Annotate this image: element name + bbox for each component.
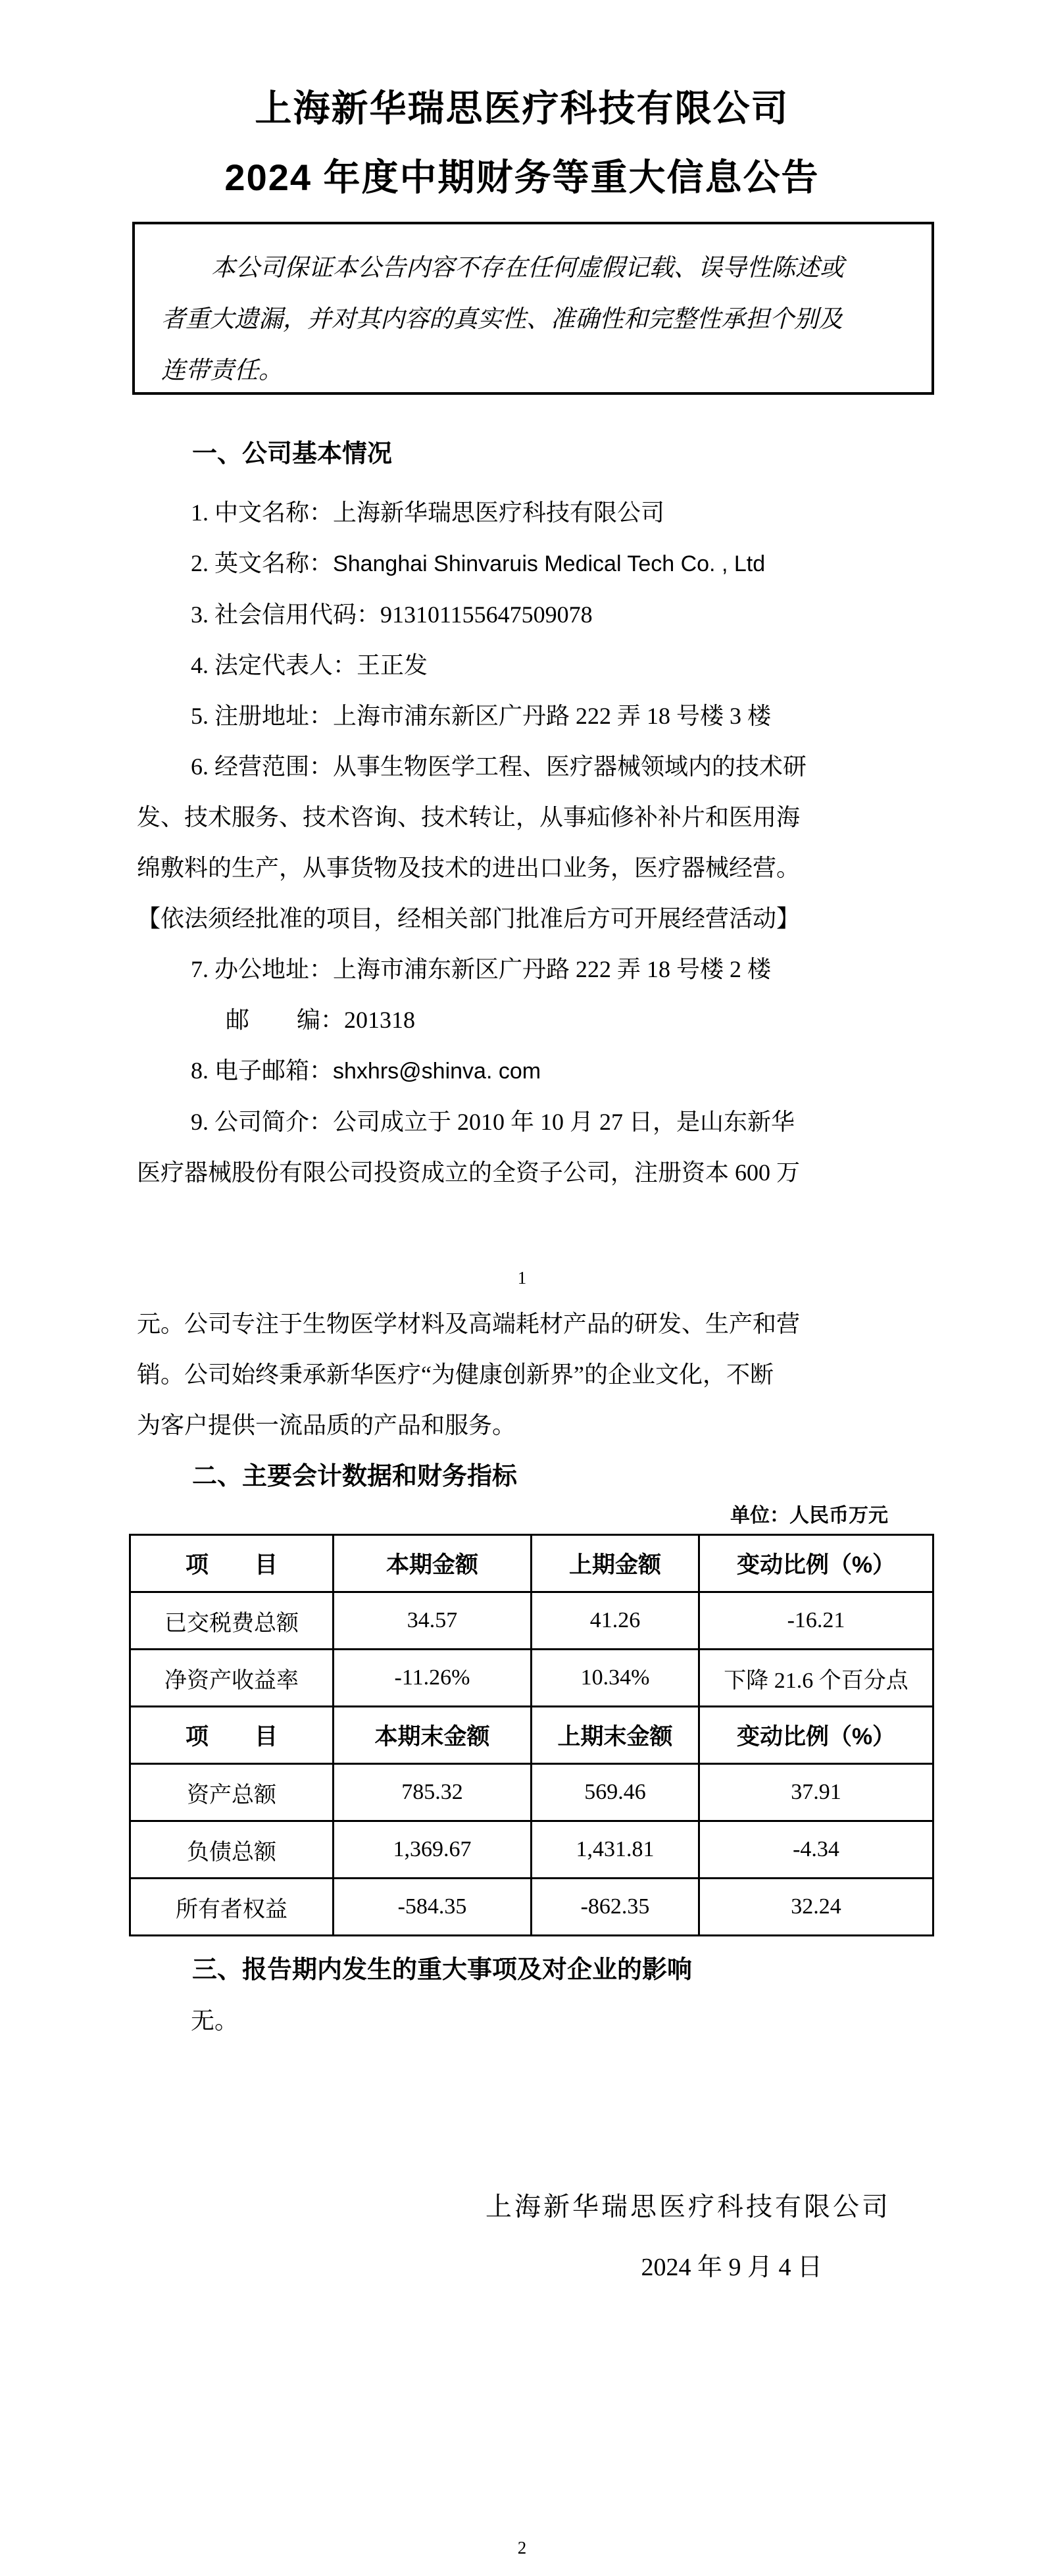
item-credit-code: 3. 社会信用代码：913101155647509078	[137, 590, 993, 640]
item-english-name: 2. 英文名称：Shanghai Shinvaruis Medical Tech…	[137, 538, 993, 590]
table-row: 所有者权益 -584.35 -862.35 32.24	[130, 1879, 933, 1936]
cell-value: -584.35	[334, 1879, 532, 1936]
col-header-item: 项 目	[130, 1707, 334, 1764]
item-company-profile-line: 元。公司专注于生物医学材料及高端耗材产品的研发、生产和营	[137, 1299, 939, 1350]
cell-value: -862.35	[532, 1879, 699, 1936]
doc-title-line-1: 上海新华瑞思医疗科技有限公司	[0, 79, 1044, 138]
item-email: 8. 电子邮箱：shxhrs@shinva. com	[137, 1046, 993, 1097]
disclaimer-line: 连带责任。	[161, 345, 905, 397]
item-business-scope-line: 发、技术服务、技术咨询、技术转让，从事疝修补补片和医用海	[137, 792, 939, 843]
page-number-2: 2	[0, 2535, 1044, 2561]
item-company-profile-line: 9. 公司简介：公司成立于 2010 年 10 月 27 日，是山东新华	[137, 1097, 993, 1148]
announcement-document: 上海新华瑞思医疗科技有限公司 2024 年度中期财务等重大信息公告 本公司保证本…	[0, 0, 1044, 2576]
item-business-scope-line: 绵敷料的生产，从事货物及技术的进出口业务，医疗器械经营。	[137, 843, 939, 894]
table-row: 净资产收益率 -11.26% 10.34% 下降 21.6 个百分点	[130, 1650, 933, 1707]
cell-value: 下降 21.6 个百分点	[699, 1650, 933, 1707]
col-header-period-end-amount: 本期末金额	[334, 1707, 532, 1764]
item-business-scope-line: 【依法须经批准的项目，经相关部门批准后方可开展经营活动】	[137, 894, 939, 944]
disclaimer-line: 者重大遗漏，并对其内容的真实性、准确性和完整性承担个别及	[161, 294, 905, 345]
table-row: 负债总额 1,369.67 1,431.81 -4.34	[130, 1821, 933, 1879]
page-number-1: 1	[0, 1265, 1044, 1291]
item-chinese-name: 1. 中文名称：上海新华瑞思医疗科技有限公司	[137, 488, 993, 538]
item-office-address: 7. 办公地址：上海市浦东新区广丹路 222 弄 18 号楼 2 楼	[137, 944, 993, 995]
cell-value: 569.46	[532, 1764, 699, 1821]
table-header-row: 项 目 本期金额 上期金额 变动比例（%）	[130, 1535, 933, 1592]
col-header-current-amount: 本期金额	[334, 1535, 532, 1592]
item-legal-representative: 4. 法定代表人：王正发	[137, 640, 993, 691]
col-header-change-ratio: 变动比例（%）	[699, 1707, 933, 1764]
section2-heading: 二、主要会计数据和财务指标	[192, 1451, 1044, 1502]
item-email-value: shxhrs@shinva. com	[333, 1059, 541, 1084]
row-label: 负债总额	[130, 1821, 334, 1879]
disclaimer-box: 本公司保证本公告内容不存在任何虚假记载、误导性陈述或 者重大遗漏，并对其内容的真…	[132, 222, 934, 395]
row-label: 已交税费总额	[130, 1592, 334, 1650]
section1-heading: 一、公司基本情况	[192, 428, 1044, 480]
row-label: 净资产收益率	[130, 1650, 334, 1707]
section3-body: 无。	[137, 1996, 993, 2046]
cell-value: 34.57	[334, 1592, 532, 1650]
table-row: 资产总额 785.32 569.46 37.91	[130, 1764, 933, 1821]
table-row: 已交税费总额 34.57 41.26 -16.21	[130, 1592, 933, 1650]
item-company-profile-line: 为客户提供一流品质的产品和服务。	[137, 1400, 939, 1451]
row-label: 所有者权益	[130, 1879, 334, 1936]
col-header-prior-end-amount: 上期末金额	[532, 1707, 699, 1764]
item-company-profile-line: 医疗器械股份有限公司投资成立的全资子公司，注册资本 600 万	[137, 1148, 939, 1198]
cell-value: 785.32	[334, 1764, 532, 1821]
col-header-change-ratio: 变动比例（%）	[699, 1535, 933, 1592]
table-header-row: 项 目 本期末金额 上期末金额 变动比例（%）	[130, 1707, 933, 1764]
cell-value: -16.21	[699, 1592, 933, 1650]
row-label: 资产总额	[130, 1764, 334, 1821]
signature-company-name: 上海新华瑞思医疗科技有限公司	[0, 2181, 1044, 2233]
item-english-name-label: 2. 英文名称：	[191, 550, 333, 576]
item-english-name-value: Shanghai Shinvaruis Medical Tech Co. , L…	[333, 551, 765, 576]
cell-value: 32.24	[699, 1879, 933, 1936]
col-header-item: 项 目	[130, 1535, 334, 1592]
cell-value: 1,431.81	[532, 1821, 699, 1879]
doc-title-line-2: 2024 年度中期财务等重大信息公告	[0, 148, 1044, 207]
item-registered-address: 5. 注册地址：上海市浦东新区广丹路 222 弄 18 号楼 3 楼	[137, 691, 993, 742]
item-business-scope-line: 6. 经营范围：从事生物医学工程、医疗器械领域内的技术研	[137, 742, 993, 792]
cell-value: -11.26%	[334, 1650, 532, 1707]
item-postcode: 邮 编：201318	[137, 995, 1028, 1046]
table-unit-note: 单位：人民币万元	[0, 1502, 888, 1530]
col-header-prior-amount: 上期金额	[532, 1535, 699, 1592]
disclaimer-line: 本公司保证本公告内容不存在任何虚假记载、误导性陈述或	[161, 243, 905, 294]
financial-indicators-table: 项 目 本期金额 上期金额 变动比例（%） 已交税费总额 34.57 41.26…	[129, 1534, 934, 1936]
cell-value: 10.34%	[532, 1650, 699, 1707]
cell-value: 37.91	[699, 1764, 933, 1821]
cell-value: 41.26	[532, 1592, 699, 1650]
cell-value: -4.34	[699, 1821, 933, 1879]
signature-date: 2024 年 9 月 4 日	[0, 2242, 1044, 2293]
item-company-profile-line: 销。公司始终秉承新华医疗“为健康创新界”的企业文化，不断	[137, 1350, 939, 1400]
cell-value: 1,369.67	[334, 1821, 532, 1879]
item-email-label: 8. 电子邮箱：	[191, 1057, 333, 1084]
section3-heading: 三、报告期内发生的重大事项及对企业的影响	[192, 1944, 1044, 1996]
